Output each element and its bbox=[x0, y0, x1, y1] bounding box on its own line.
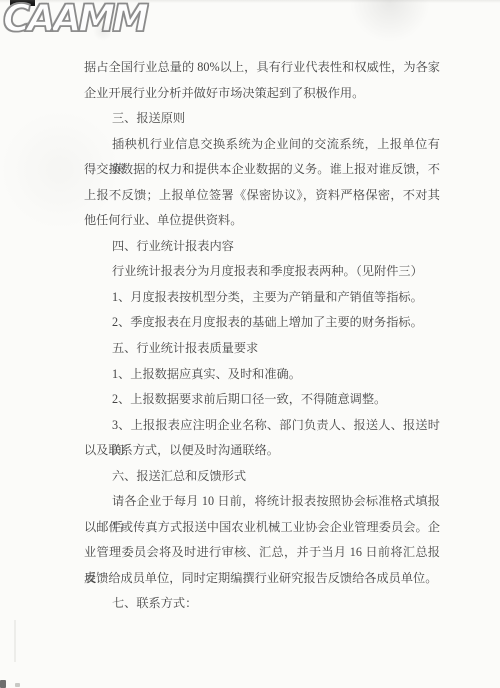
document-line: 1、月度报表按机型分类，主要为产销量和产销值等指标。 bbox=[84, 285, 440, 311]
document-line: 3、上报报表应注明企业名称、部门负责人、报送人、报送时间 bbox=[84, 413, 440, 439]
document-line: 据占全国行业总量的 80%以上，具有行业代表性和权威性，为各家 bbox=[84, 55, 440, 81]
document-line: 2、季度报表在月度报表的基础上增加了主要的财务指标。 bbox=[84, 310, 440, 336]
document-line: 行业统计报表分为月度报表和季度报表两种。（见附件三） bbox=[84, 259, 440, 285]
document-line: 七、联系方式： bbox=[84, 591, 440, 617]
document-line: 三、报送原则 bbox=[84, 106, 440, 132]
document-line: 插秧机行业信息交换系统为企业间的交流系统，上报单位有获 bbox=[84, 132, 440, 158]
document-line: 反馈给成员单位，同时定期编撰行业研究报告反馈给各成员单位。 bbox=[84, 566, 440, 592]
document-line: 1、上报数据应真实、及时和准确。 bbox=[84, 362, 440, 388]
document-line: 他任何行业、单位提供资料。 bbox=[84, 208, 440, 234]
document-line: 以及联系方式，以便及时沟通联络。 bbox=[84, 438, 440, 464]
scan-artifact-left-streak bbox=[14, 620, 16, 662]
caamm-watermark-logo: CAAMM bbox=[3, 0, 146, 40]
document-line: 六、报送汇总和反馈形式 bbox=[84, 464, 440, 490]
document-text-block: 据占全国行业总量的 80%以上，具有行业代表性和权威性，为各家企业开展行业分析并… bbox=[84, 55, 440, 617]
document-line: 以邮件或传真方式报送中国农业机械工业协会企业管理委员会。企 bbox=[84, 515, 440, 541]
document-line: 请各企业于每月 10 日前，将统计报表按照协会标准格式填报后 bbox=[84, 489, 440, 515]
document-line: 业管理委员会将及时进行审核、汇总，并于当月 16 日前将汇总报表 bbox=[84, 540, 440, 566]
document-line: 企业开展行业分析并做好市场决策起到了积极作用。 bbox=[84, 81, 440, 107]
document-line: 上报不反馈；上报单位签署《保密协议》，资料严格保密，不对其 bbox=[84, 183, 440, 209]
document-line: 得交换数据的权力和提供本企业数据的义务。谁上报对谁反馈，不 bbox=[84, 157, 440, 183]
document-line: 五、行业统计报表质量要求 bbox=[84, 336, 440, 362]
document-line: 四、行业统计报表内容 bbox=[84, 234, 440, 260]
document-line: 2、上报数据要求前后期口径一致，不得随意调整。 bbox=[84, 387, 440, 413]
scan-artifact-bottom-left-speck bbox=[0, 680, 6, 688]
scanned-document-page: CAAMM 据占全国行业总量的 80%以上，具有行业代表性和权威性，为各家企业开… bbox=[0, 0, 500, 688]
scan-artifact-bottom-small-speck bbox=[15, 683, 20, 687]
